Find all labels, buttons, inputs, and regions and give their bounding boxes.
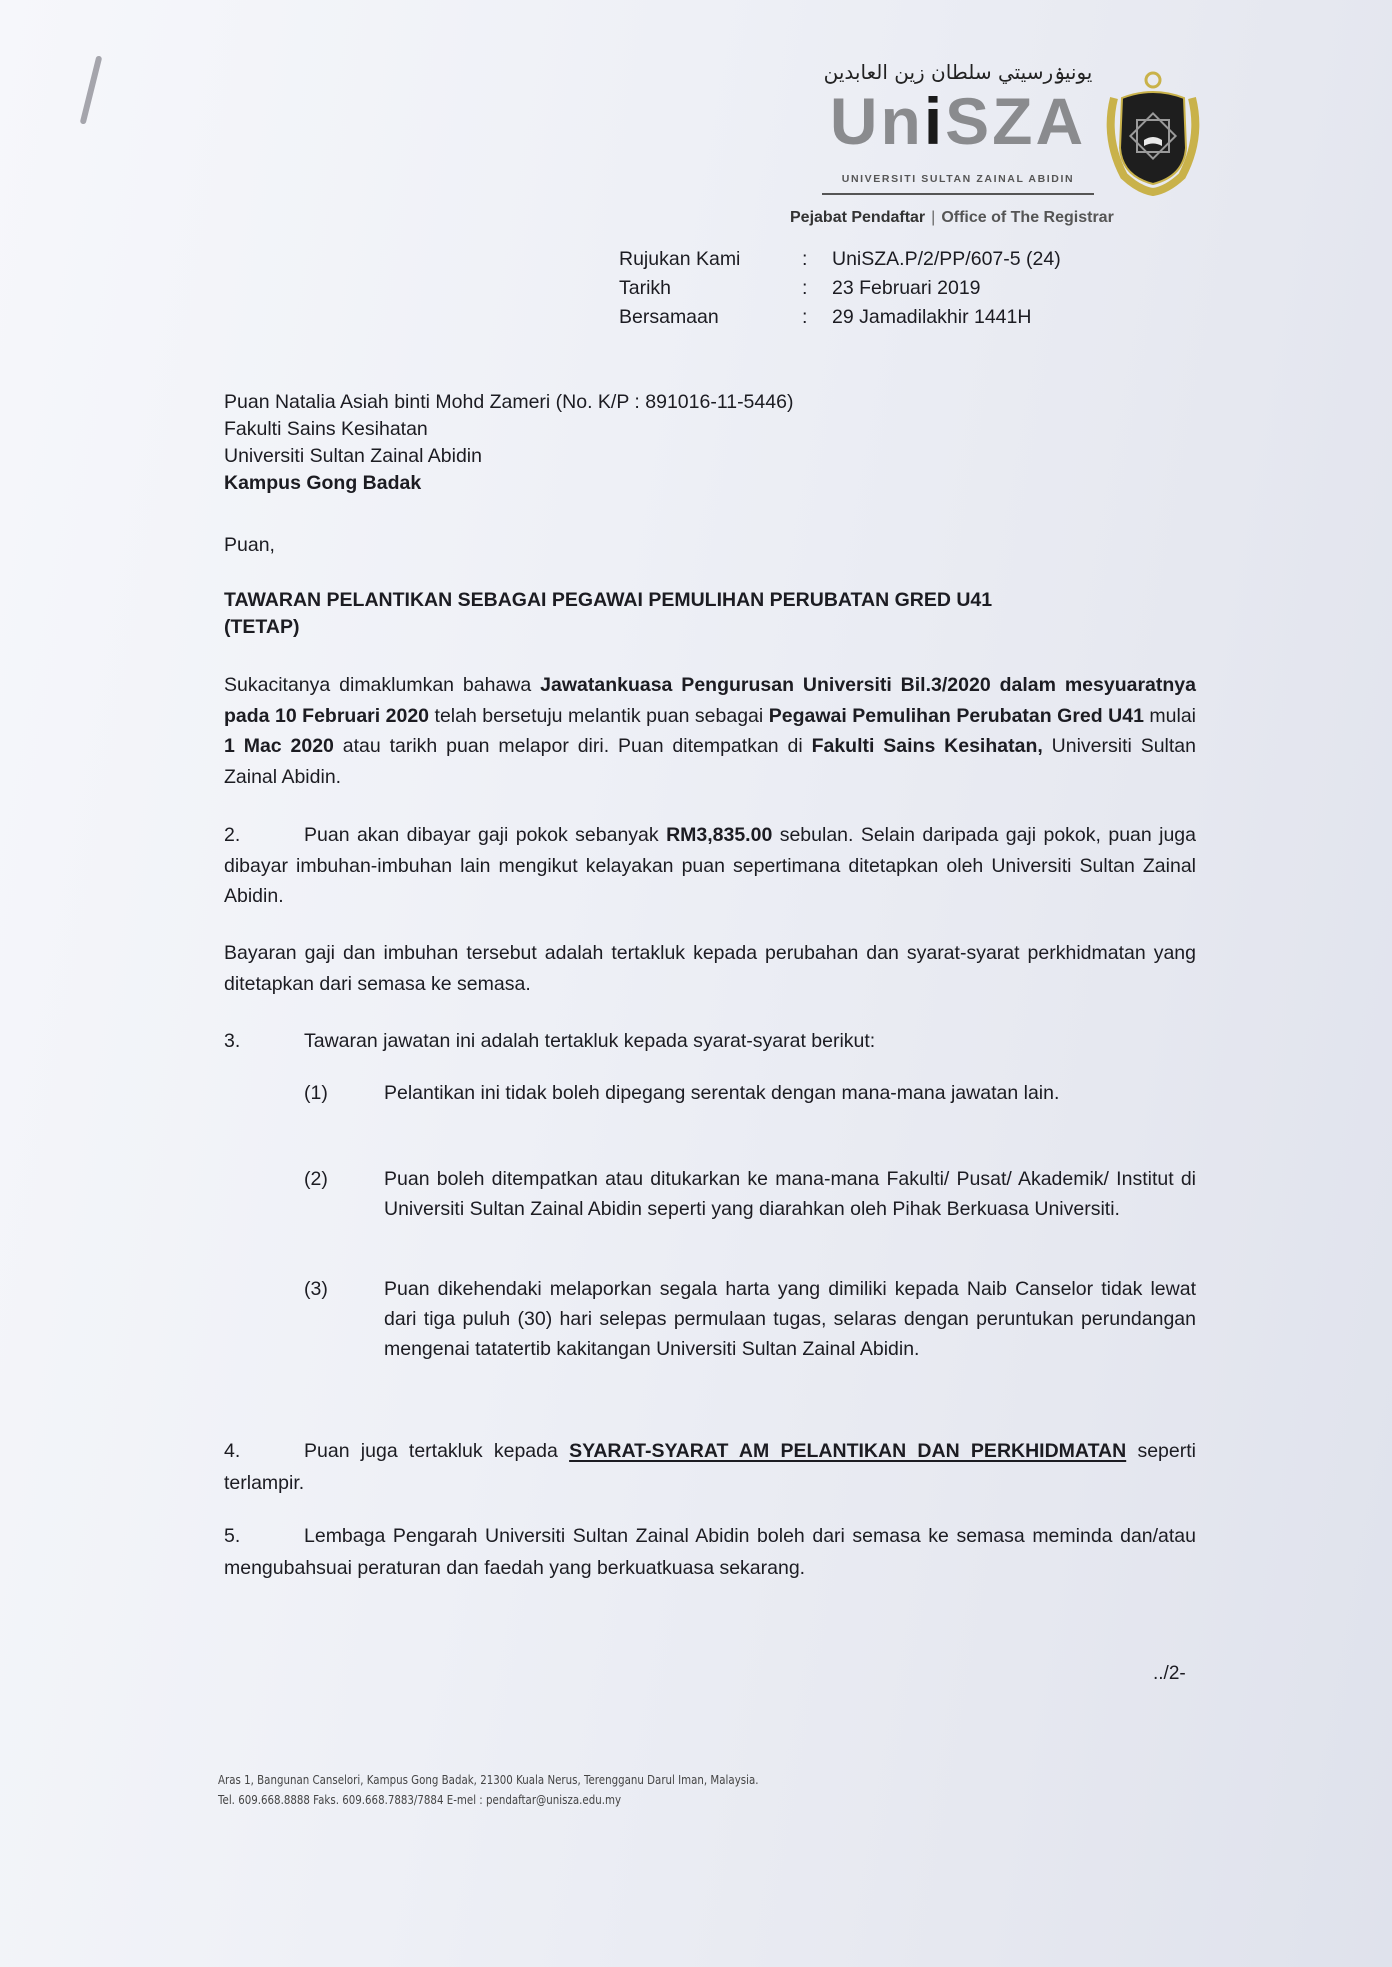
para-text: mulai [1144, 705, 1196, 727]
subject-line: (TETAP) [224, 614, 1196, 641]
paragraph-number: 3. [224, 1026, 304, 1056]
condition-item: (3) Puan dikehendaki melaporkan segala h… [304, 1274, 1196, 1364]
page-continuation: ../2- [1153, 1663, 1186, 1685]
logo-divider [822, 193, 1094, 195]
reference-value: UniSZA.P/2/PP/607-5 (24) [832, 245, 1061, 274]
paragraph-3: 3.Tawaran jawatan ini adalah tertakluk k… [224, 1026, 1196, 1056]
para-text: Sukacitanya dimaklumkan bahawa [224, 674, 540, 696]
date-row: Tarikh : 23 Februari 2019 [619, 274, 1061, 303]
hijri-date-row: Bersamaan : 29 Jamadilakhir 1441H [619, 303, 1061, 332]
paragraph-number: 2. [224, 820, 304, 851]
office-name-ms: Pejabat Pendaftar [790, 209, 925, 226]
paragraph-4: 4.Puan juga tertakluk kepada SYARAT-SYAR… [224, 1435, 1196, 1499]
para-text: Tawaran jawatan ini adalah tertakluk kep… [304, 1030, 875, 1052]
letter-footer: Aras 1, Bangunan Canselori, Kampus Gong … [218, 1770, 758, 1810]
para-text: telah bersetuju melantik puan sebagai [429, 705, 769, 727]
office-line: Pejabat Pendaftar|Office of The Registra… [790, 209, 1114, 227]
reference-label: Rujukan Kami [619, 245, 802, 274]
date-colon: : [802, 274, 832, 303]
condition-text: Puan boleh ditempatkan atau ditukarkan k… [384, 1164, 1196, 1224]
footer-contact: Tel. 609.668.8888 Faks. 609.668.7883/788… [218, 1790, 758, 1810]
university-crest-icon [1104, 68, 1202, 196]
recipient-address: Puan Natalia Asiah binti Mohd Zameri (No… [224, 389, 1196, 497]
recipient-university: Universiti Sultan Zainal Abidin [224, 443, 1196, 470]
recipient-campus: Kampus Gong Badak [224, 470, 1196, 497]
logo-full-name: UNIVERSITI SULTAN ZAINAL ABIDIN [818, 173, 1098, 185]
logo-word-part: Un [830, 84, 924, 158]
letter-page: يونيۏرسيتي سلطان زين العابدين UniSZA UNI… [0, 0, 1392, 1967]
paragraph-1: Sukacitanya dimaklumkan bahawa Jawatanku… [224, 670, 1196, 792]
logo-word-part: i [924, 84, 945, 158]
reference-block: Rujukan Kami : UniSZA.P/2/PP/607-5 (24) … [619, 245, 1061, 332]
paragraph-2: 2.Puan akan dibayar gaji pokok sebanyak … [224, 820, 1196, 912]
para-text: Puan juga tertakluk kepada [304, 1440, 569, 1462]
logo-jawi-text: يونيۏرسيتي سلطان زين العابدين [818, 60, 1098, 84]
condition-text: Puan dikehendaki melaporkan segala harta… [384, 1274, 1196, 1364]
placement-faculty: Fakulti Sains Kesihatan, [812, 735, 1043, 757]
para-text: atau tarikh puan melapor diri. Puan dite… [334, 735, 812, 757]
basic-salary: RM3,835.00 [666, 824, 772, 846]
recipient-name: Puan Natalia Asiah binti Mohd Zameri (No… [224, 389, 1196, 416]
logo-word-part: SZA [945, 84, 1086, 158]
letter-subject: TAWARAN PELANTIKAN SEBAGAI PEGAWAI PEMUL… [224, 587, 1196, 641]
reference-colon: : [802, 245, 832, 274]
start-date: 1 Mac 2020 [224, 735, 334, 757]
reference-row: Rujukan Kami : UniSZA.P/2/PP/607-5 (24) [619, 245, 1061, 274]
condition-text: Pelantikan ini tidak boleh dipegang sere… [384, 1078, 1196, 1108]
office-name-en: Office of The Registrar [941, 209, 1113, 226]
paragraph-number: 5. [224, 1520, 304, 1552]
paragraph-5: 5.Lembaga Pengarah Universiti Sultan Zai… [224, 1520, 1196, 1584]
recipient-faculty: Fakulti Sains Kesihatan [224, 416, 1196, 443]
position-title: Pegawai Pemulihan Perubatan Gred U41 [769, 705, 1144, 727]
salutation: Puan, [224, 530, 1196, 560]
hijri-date-label: Bersamaan [619, 303, 802, 332]
para-text: Lembaga Pengarah Universiti Sultan Zaina… [224, 1525, 1196, 1579]
footer-address: Aras 1, Bangunan Canselori, Kampus Gong … [218, 1770, 758, 1790]
hijri-date-colon: : [802, 303, 832, 332]
office-separator: | [931, 209, 935, 226]
date-label: Tarikh [619, 274, 802, 303]
date-value: 23 Februari 2019 [832, 274, 981, 303]
condition-item: (1) Pelantikan ini tidak boleh dipegang … [304, 1078, 1196, 1108]
hijri-date-value: 29 Jamadilakhir 1441H [832, 303, 1031, 332]
condition-item: (2) Puan boleh ditempatkan atau ditukark… [304, 1164, 1196, 1224]
general-terms-reference: SYARAT-SYARAT AM PELANTIKAN DAN PERKHIDM… [569, 1440, 1126, 1462]
unisza-logo: يونيۏرسيتي سلطان زين العابدين UniSZA UNI… [818, 60, 1210, 210]
paragraph-number: 4. [224, 1435, 304, 1467]
condition-number: (1) [304, 1078, 328, 1108]
para-text: Puan akan dibayar gaji pokok sebanyak [304, 824, 666, 846]
subject-line: TAWARAN PELANTIKAN SEBAGAI PEGAWAI PEMUL… [224, 587, 1196, 614]
pen-mark [80, 55, 103, 124]
condition-number: (3) [304, 1274, 328, 1304]
logo-wordmark: UniSZA [818, 86, 1098, 156]
condition-number: (2) [304, 1164, 328, 1194]
paragraph-2b: Bayaran gaji dan imbuhan tersebut adalah… [224, 938, 1196, 1000]
